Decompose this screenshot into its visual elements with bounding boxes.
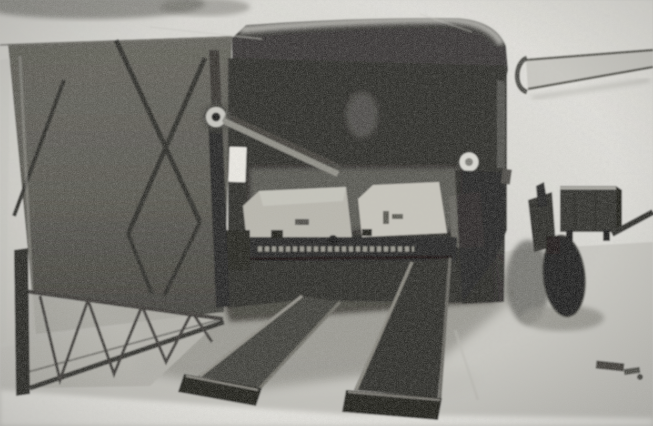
film-grain — [0, 0, 653, 426]
photograph — [0, 0, 653, 426]
photo-canvas — [0, 0, 653, 426]
